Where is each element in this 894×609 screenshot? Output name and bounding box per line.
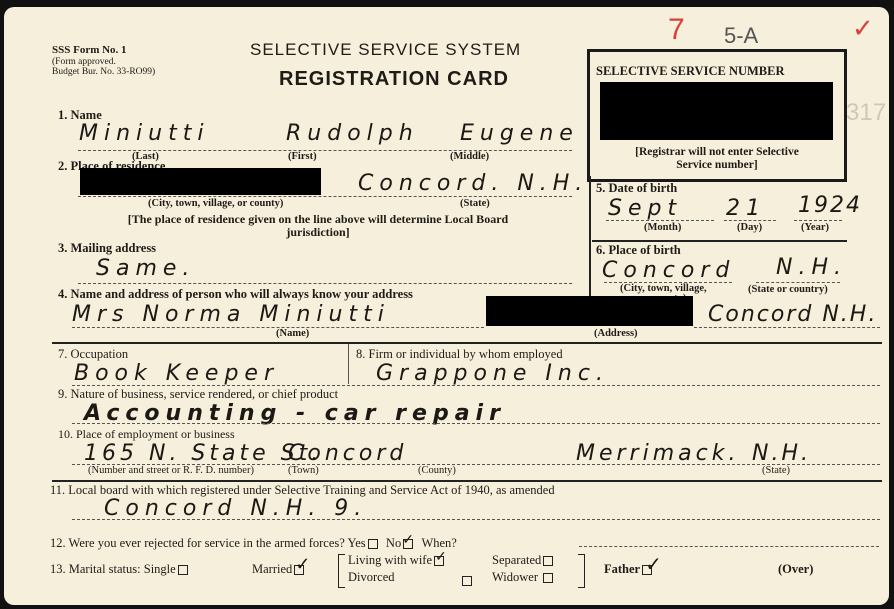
local-board-value: Concord N.H. 9. bbox=[104, 496, 367, 521]
employment-street-value: 165 N. State St. bbox=[84, 441, 322, 466]
section-divider-2 bbox=[52, 480, 882, 482]
dob-label: 5. Date of birth bbox=[596, 181, 677, 196]
page-title: SELECTIVE SERVICE SYSTEM bbox=[250, 40, 521, 60]
employment-county-caption: (County) bbox=[418, 465, 456, 476]
column-divider bbox=[589, 176, 591, 301]
widower-checkbox[interactable] bbox=[543, 573, 553, 583]
dob-year-line bbox=[794, 220, 842, 221]
local-board-line bbox=[72, 519, 880, 520]
father-option: Father✓ bbox=[604, 562, 654, 577]
dob-day-line bbox=[724, 220, 776, 221]
rejected-no-checkbox-checked[interactable]: ✓ bbox=[403, 539, 413, 549]
redacted-contact-address bbox=[486, 296, 693, 326]
right-bracket bbox=[578, 554, 585, 588]
employment-state-caption: (State) bbox=[762, 465, 790, 476]
form-approval: (Form approved. Budget Bur. No. 33-RO99) bbox=[52, 57, 155, 77]
employment-state-value: N.H. bbox=[752, 441, 811, 466]
widower-option: Widower bbox=[492, 570, 555, 585]
employer-label: 8. Firm or individual by whom employed bbox=[356, 347, 563, 362]
pob-state-line bbox=[756, 282, 840, 283]
divorced-option: Divorced bbox=[348, 570, 395, 585]
employment-label: 10. Place of employment or business bbox=[58, 427, 235, 442]
middle-caption: (Middle) bbox=[450, 151, 489, 162]
living-with-wife-checkbox-checked[interactable]: ✓ bbox=[434, 556, 444, 566]
checkmark-icon: ✓ bbox=[435, 549, 447, 566]
residence-note: [The place of residence given on the lin… bbox=[78, 213, 558, 239]
registration-card: SSS Form No. 1 (Form approved. Budget Bu… bbox=[4, 7, 889, 605]
dob-year-value: 1924 bbox=[798, 193, 862, 218]
section-divider bbox=[52, 342, 882, 344]
red-check-icon: ✓ bbox=[852, 13, 874, 44]
contact-name-value: Mrs Norma Miniutti bbox=[72, 302, 390, 327]
marital-label-row: 13. Marital status: Single bbox=[50, 562, 190, 577]
contact-label: 4. Name and address of person who will a… bbox=[58, 287, 413, 302]
pob-state-value: N.H. bbox=[776, 255, 847, 280]
rejected-yes-checkbox[interactable] bbox=[368, 539, 378, 549]
dob-month-value: Sept bbox=[608, 196, 682, 221]
employment-county-value: Merrimack. bbox=[576, 441, 739, 466]
married-checkbox-checked[interactable]: ✓ bbox=[294, 565, 304, 575]
occupation-label: 7. Occupation bbox=[58, 347, 128, 362]
residence-city-caption: (City, town, village, or county) bbox=[148, 198, 283, 209]
separated-checkbox[interactable] bbox=[543, 556, 553, 566]
single-checkbox[interactable] bbox=[178, 565, 188, 575]
business-label: 9. Nature of business, service rendered,… bbox=[58, 387, 338, 402]
over-label: (Over) bbox=[778, 562, 813, 577]
contact-address-line bbox=[694, 327, 880, 328]
dob-month-caption: (Month) bbox=[644, 222, 681, 233]
dob-year-caption: (Year) bbox=[801, 222, 829, 233]
contact-name-caption: (Name) bbox=[276, 328, 309, 339]
name-last-value: Miniutti bbox=[79, 121, 209, 146]
married-option: Married✓ bbox=[252, 562, 306, 577]
father-checkbox-checked[interactable]: ✓ bbox=[642, 565, 652, 575]
pob-state-caption: (State or country) bbox=[748, 284, 828, 295]
dob-day-value: 21 bbox=[726, 196, 766, 221]
name-middle-value: Eugene bbox=[460, 121, 579, 146]
occupation-value: Book Keeper bbox=[74, 361, 279, 386]
ss-number-note: [Registrar will not enter Selective Serv… bbox=[590, 146, 844, 172]
ss-number-title: SELECTIVE SERVICE NUMBER bbox=[596, 64, 785, 79]
pob-label: 6. Place of birth bbox=[596, 243, 681, 258]
pob-city-value: Concord bbox=[602, 258, 735, 283]
faint-annotation: 317 bbox=[846, 99, 886, 127]
separated-option: Separated bbox=[492, 553, 555, 568]
mailing-label: 3. Mailing address bbox=[58, 241, 156, 256]
living-with-wife-option: Living with wife✓ bbox=[348, 553, 446, 568]
divorced-checkbox[interactable] bbox=[462, 576, 472, 586]
employment-town-caption: (Town) bbox=[288, 465, 319, 476]
left-bracket bbox=[338, 554, 345, 588]
red-annotation-number: 7 bbox=[668, 13, 685, 47]
contact-address-tail: Concord N.H. bbox=[708, 302, 877, 327]
first-caption: (First) bbox=[288, 151, 317, 162]
employment-town-value: Concord bbox=[288, 441, 407, 466]
dob-divider bbox=[592, 240, 847, 242]
name-first-value: Rudolph bbox=[286, 121, 419, 146]
checkmark-icon: ✓ bbox=[402, 532, 414, 549]
redacted-street-address bbox=[80, 168, 321, 195]
residence-city-state-value: Concord. N.H. bbox=[358, 171, 588, 196]
mailing-value: Same. bbox=[96, 256, 195, 281]
employer-value: Grappone Inc. bbox=[376, 361, 609, 386]
business-line bbox=[72, 423, 880, 424]
checkmark-icon: ✓ bbox=[645, 552, 662, 577]
divorced-checkbox-wrap bbox=[460, 572, 474, 590]
contact-address-caption: (Address) bbox=[594, 328, 638, 339]
dob-month-line bbox=[606, 220, 714, 221]
dob-day-caption: (Day) bbox=[737, 222, 762, 233]
form-number: SSS Form No. 1 bbox=[52, 44, 127, 56]
redacted-ss-number bbox=[600, 82, 833, 140]
mailing-line bbox=[78, 283, 572, 284]
rejected-row: 12. Were you ever rejected for service i… bbox=[50, 536, 457, 551]
residence-line bbox=[78, 196, 572, 197]
occupation-line bbox=[72, 385, 880, 386]
occupation-employer-divider bbox=[348, 344, 349, 384]
checkmark-icon: ✓ bbox=[295, 554, 310, 575]
residence-state-caption: (State) bbox=[460, 198, 490, 209]
ss-number-box: SELECTIVE SERVICE NUMBER [Registrar will… bbox=[587, 49, 847, 182]
page-subtitle: REGISTRATION CARD bbox=[279, 68, 509, 91]
pencil-annotation: 5-A bbox=[724, 23, 758, 49]
employment-street-caption: (Number and street or R. F. D. number) bbox=[88, 465, 254, 476]
rejected-when-line bbox=[579, 546, 879, 547]
